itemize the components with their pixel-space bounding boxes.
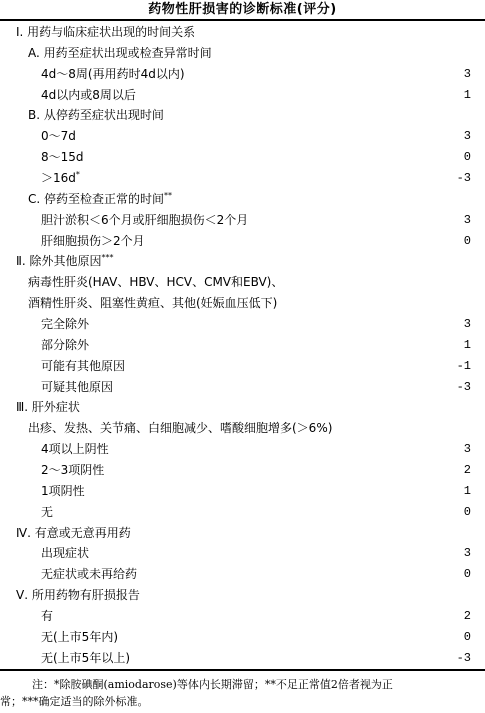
section-heading-row: Ⅱ. 除外其他原因*** xyxy=(0,251,485,272)
criterion-text: 无 xyxy=(41,505,53,519)
criterion-row: 无(上市5年以上)-3 xyxy=(0,648,485,669)
score-value: 0 xyxy=(464,147,471,168)
footnote-marker: * xyxy=(76,170,80,179)
score-value: 0 xyxy=(464,627,471,648)
score-value: 0 xyxy=(464,564,471,585)
criterion-text: 8～15d xyxy=(41,150,84,164)
criterion-row: 4项以上阴性3 xyxy=(0,439,485,460)
criterion-label: 2～3项阴性 xyxy=(41,460,104,481)
criterion-label: A. 用药至症状出现或检查异常时间 xyxy=(28,43,212,64)
score-value: 1 xyxy=(464,85,471,106)
criterion-label: 肝细胞损伤＞2个月 xyxy=(41,231,145,252)
section-heading-row: C. 停药至检查正常的时间** xyxy=(0,189,485,210)
criterion-row: 胆汁淤积＜6个月或肝细胞损伤＜2个月3 xyxy=(0,210,485,231)
criterion-label: 出疹、发热、关节痛、白细胞减少、嗜酸细胞增多(＞6%) xyxy=(28,418,332,439)
criterion-row: ＞16d*-3 xyxy=(0,168,485,189)
criterion-label: 酒精性肝炎、阻塞性黄疸、其他(妊娠血压低下) xyxy=(28,293,277,314)
criterion-label: 无症状或未再给药 xyxy=(41,564,137,585)
top-rule xyxy=(0,19,485,21)
criterion-label: C. 停药至检查正常的时间** xyxy=(28,189,172,210)
criterion-row: 0～7d3 xyxy=(0,126,485,147)
table-title: 药物性肝损害的诊断标准(评分) xyxy=(0,1,485,18)
criterion-label: 4d以内或8周以后 xyxy=(41,85,136,106)
score-value: 0 xyxy=(464,231,471,252)
section-heading-row: 酒精性肝炎、阻塞性黄疸、其他(妊娠血压低下) xyxy=(0,293,485,314)
criterion-row: 8～15d0 xyxy=(0,147,485,168)
score-value: -3 xyxy=(457,648,471,669)
criterion-text: 可疑其他原因 xyxy=(41,380,113,394)
criterion-label: 可疑其他原因 xyxy=(41,377,113,398)
criterion-label: 病毒性肝炎(HAV、HBV、HCV、CMV和EBV)、 xyxy=(28,272,283,293)
criterion-row: 4d以内或8周以后1 xyxy=(0,85,485,106)
criterion-row: 出现症状3 xyxy=(0,543,485,564)
footnote-line-2: 常；***确定适当的除外标准。 xyxy=(0,693,485,710)
criterion-row: 可疑其他原因-3 xyxy=(0,377,485,398)
criterion-row: 完全除外3 xyxy=(0,314,485,335)
criterion-label: 部分除外 xyxy=(41,335,89,356)
footnote-marker: *** xyxy=(102,253,114,262)
criterion-row: 4d～8周(再用药时4d以内)3 xyxy=(0,64,485,85)
score-value: 3 xyxy=(464,314,471,335)
score-value: -3 xyxy=(457,377,471,398)
criterion-label: Ⅰ. 用药与临床症状出现的时间关系 xyxy=(16,22,195,43)
criterion-text: 无(上市5年以上) xyxy=(41,651,130,665)
criterion-row: 1项阴性1 xyxy=(0,481,485,502)
section-heading-row: 出疹、发热、关节痛、白细胞减少、嗜酸细胞增多(＞6%) xyxy=(0,418,485,439)
criterion-label: 8～15d xyxy=(41,147,84,168)
criterion-text: 0～7d xyxy=(41,129,76,143)
section-heading-row: A. 用药至症状出现或检查异常时间 xyxy=(0,43,485,64)
criterion-row: 肝细胞损伤＞2个月0 xyxy=(0,231,485,252)
criterion-label: ＞16d* xyxy=(41,168,80,189)
score-value: -3 xyxy=(457,168,471,189)
criterion-text: 肝细胞损伤＞2个月 xyxy=(41,234,145,248)
criterion-text: B. 从停药至症状出现时间 xyxy=(28,108,164,122)
footnote: 注：*除胺碘酮(amiodarose)等体内长期滞留；**不足正常值2倍者视为正… xyxy=(0,676,485,710)
criterion-text: 4项以上阴性 xyxy=(41,442,109,456)
criteria-table: Ⅰ. 用药与临床症状出现的时间关系A. 用药至症状出现或检查异常时间4d～8周(… xyxy=(0,22,485,669)
score-value: 3 xyxy=(464,439,471,460)
criterion-text: 完全除外 xyxy=(41,317,89,331)
criterion-text: 酒精性肝炎、阻塞性黄疸、其他(妊娠血压低下) xyxy=(28,296,277,310)
score-value: 3 xyxy=(464,64,471,85)
criterion-row: 2～3项阴性2 xyxy=(0,460,485,481)
criterion-text: 有 xyxy=(41,609,53,623)
criterion-label: Ⅴ. 所用药物有肝损报告 xyxy=(16,585,140,606)
score-value: 2 xyxy=(464,460,471,481)
criterion-text: Ⅱ. 除外其他原因 xyxy=(16,254,102,268)
criterion-label: 4项以上阴性 xyxy=(41,439,109,460)
criterion-row: 无0 xyxy=(0,502,485,523)
criterion-text: 可能有其他原因 xyxy=(41,359,125,373)
criterion-text: 4d～8周(再用药时4d以内) xyxy=(41,67,185,81)
score-value: 3 xyxy=(464,543,471,564)
bottom-rule xyxy=(0,669,485,671)
score-value: 3 xyxy=(464,210,471,231)
criterion-text: 无症状或未再给药 xyxy=(41,567,137,581)
criterion-label: 出现症状 xyxy=(41,543,89,564)
criterion-text: 部分除外 xyxy=(41,338,89,352)
criterion-label: 可能有其他原因 xyxy=(41,356,125,377)
score-value: 1 xyxy=(464,481,471,502)
criterion-text: 出现症状 xyxy=(41,546,89,560)
criterion-label: 无 xyxy=(41,502,53,523)
criterion-label: 4d～8周(再用药时4d以内) xyxy=(41,64,185,85)
section-heading-row: B. 从停药至症状出现时间 xyxy=(0,105,485,126)
criterion-label: Ⅱ. 除外其他原因*** xyxy=(16,251,114,272)
criterion-row: 有2 xyxy=(0,606,485,627)
criterion-row: 无症状或未再给药0 xyxy=(0,564,485,585)
criterion-row: 部分除外1 xyxy=(0,335,485,356)
criterion-label: 胆汁淤积＜6个月或肝细胞损伤＜2个月 xyxy=(41,210,248,231)
criterion-text: Ⅲ. 肝外症状 xyxy=(16,400,80,414)
score-value: 3 xyxy=(464,126,471,147)
score-value: 0 xyxy=(464,502,471,523)
criterion-text: Ⅰ. 用药与临床症状出现的时间关系 xyxy=(16,25,195,39)
footnote-line-1: 注：*除胺碘酮(amiodarose)等体内长期滞留；**不足正常值2倍者视为正 xyxy=(0,676,485,693)
criterion-label: Ⅲ. 肝外症状 xyxy=(16,397,80,418)
criterion-text: A. 用药至症状出现或检查异常时间 xyxy=(28,46,212,60)
section-heading-row: Ⅰ. 用药与临床症状出现的时间关系 xyxy=(0,22,485,43)
criterion-text: ＞16d xyxy=(41,171,76,185)
section-heading-row: 病毒性肝炎(HAV、HBV、HCV、CMV和EBV)、 xyxy=(0,272,485,293)
criterion-text: C. 停药至检查正常的时间 xyxy=(28,192,164,206)
criterion-text: 病毒性肝炎(HAV、HBV、HCV、CMV和EBV)、 xyxy=(28,275,283,289)
section-heading-row: Ⅴ. 所用药物有肝损报告 xyxy=(0,585,485,606)
criterion-text: Ⅳ. 有意或无意再用药 xyxy=(16,526,131,540)
criterion-label: 1项阴性 xyxy=(41,481,85,502)
footnote-marker: ** xyxy=(164,191,172,200)
section-heading-row: Ⅳ. 有意或无意再用药 xyxy=(0,523,485,544)
criterion-label: 有 xyxy=(41,606,53,627)
criterion-text: 无(上市5年内) xyxy=(41,630,118,644)
score-value: -1 xyxy=(457,356,471,377)
score-value: 1 xyxy=(464,335,471,356)
criterion-label: 0～7d xyxy=(41,126,76,147)
criterion-row: 可能有其他原因-1 xyxy=(0,356,485,377)
score-value: 2 xyxy=(464,606,471,627)
criterion-row: 无(上市5年内)0 xyxy=(0,627,485,648)
criterion-text: 出疹、发热、关节痛、白细胞减少、嗜酸细胞增多(＞6%) xyxy=(28,421,332,435)
criterion-text: 2～3项阴性 xyxy=(41,463,104,477)
criterion-label: B. 从停药至症状出现时间 xyxy=(28,105,164,126)
criterion-label: 无(上市5年以上) xyxy=(41,648,130,669)
criterion-text: 1项阴性 xyxy=(41,484,85,498)
criterion-label: Ⅳ. 有意或无意再用药 xyxy=(16,523,131,544)
criterion-text: Ⅴ. 所用药物有肝损报告 xyxy=(16,588,140,602)
section-heading-row: Ⅲ. 肝外症状 xyxy=(0,397,485,418)
criterion-text: 胆汁淤积＜6个月或肝细胞损伤＜2个月 xyxy=(41,213,248,227)
criterion-text: 4d以内或8周以后 xyxy=(41,88,136,102)
criterion-label: 无(上市5年内) xyxy=(41,627,118,648)
criterion-label: 完全除外 xyxy=(41,314,89,335)
